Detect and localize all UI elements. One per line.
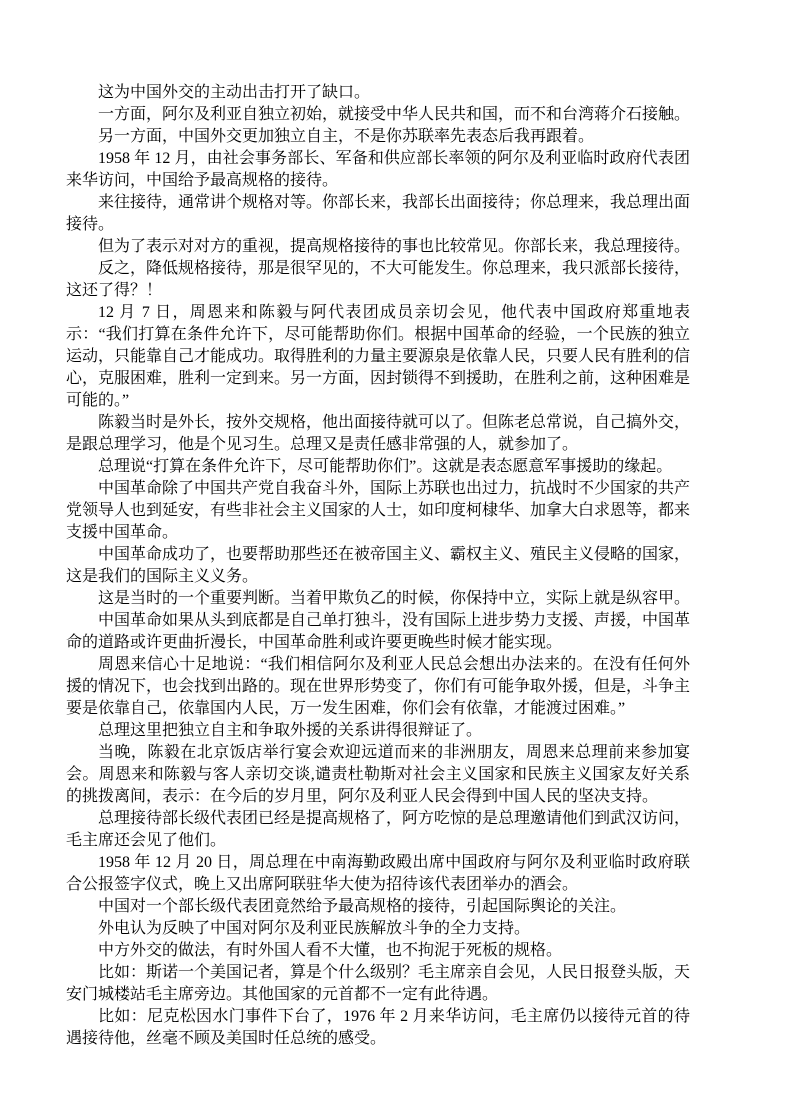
paragraph: 但为了表示对对方的重视，提高规格接待的事也比较常见。你部长来，我总理接待。 [66,236,690,258]
paragraph: 12 月 7 日，周恩来和陈毅与阿代表团成员亲切会见，他代表中国政府郑重地表示：… [66,302,690,412]
paragraph: 总理这里把独立自主和争取外援的关系讲得很辩证了。 [66,720,690,742]
paragraph: 1958 年 12 月，由社会事务部长、军备和供应部长率领的阿尔及利亚临时政府代… [66,148,690,192]
paragraph: 中国革命成功了，也要帮助那些还在被帝国主义、霸权主义、殖民主义侵略的国家，这是我… [66,544,690,588]
paragraph: 这为中国外交的主动出击打开了缺口。 [66,82,690,104]
paragraph: 当晚，陈毅在北京饭店举行宴会欢迎远道而来的非洲朋友，周恩来总理前来参加宴会。周恩… [66,742,690,808]
paragraph: 外电认为反映了中国对阿尔及利亚民族解放斗争的全力支持。 [66,918,690,940]
paragraph: 来往接待，通常讲个规格对等。你部长来，我部长出面接待；你总理来，我总理出面接待。 [66,192,690,236]
document-page: 这为中国外交的主动出击打开了缺口。一方面，阿尔及利亚自独立初始，就接受中华人民共… [0,0,800,1100]
paragraph: 中国对一个部长级代表团竟然给予最高规格的接待，引起国际舆论的关注。 [66,896,690,918]
paragraph: 总理接待部长级代表团已经是提高规格了，阿方吃惊的是总理邀请他们到武汉访问，毛主席… [66,808,690,852]
paragraph: 比如：斯诺一个美国记者，算是个什么级别？毛主席亲自会见，人民日报登头版，天安门城… [66,962,690,1006]
paragraph: 1958 年 12 月 20 日，周总理在中南海勤政殿出席中国政府与阿尔及利亚临… [66,852,690,896]
paragraph: 反之，降低规格接待，那是很罕见的，不大可能发生。你总理来，我只派部长接待，这还了… [66,258,690,302]
paragraph: 这是当时的一个重要判断。当着甲欺负乙的时候，你保持中立，实际上就是纵容甲。 [66,588,690,610]
paragraph: 陈毅当时是外长，按外交规格，他出面接待就可以了。但陈老总常说，自己搞外交，是跟总… [66,412,690,456]
document-body: 这为中国外交的主动出击打开了缺口。一方面，阿尔及利亚自独立初始，就接受中华人民共… [66,82,690,1050]
paragraph: 比如：尼克松因水门事件下台了，1976 年 2 月来华访问，毛主席仍以接待元首的… [66,1006,690,1050]
paragraph: 周恩来信心十足地说：“我们相信阿尔及利亚人民总会想出办法来的。在没有任何外援的情… [66,654,690,720]
paragraph: 一方面，阿尔及利亚自独立初始，就接受中华人民共和国，而不和台湾蒋介石接触。 [66,104,690,126]
paragraph: 中国革命如果从头到底都是自己单打独斗，没有国际上进步势力支援、声援，中国革命的道… [66,610,690,654]
paragraph: 中方外交的做法，有时外国人看不大懂，也不拘泥于死板的规格。 [66,940,690,962]
paragraph: 总理说“打算在条件允许下，尽可能帮助你们”。这就是表态愿意军事援助的缘起。 [66,456,690,478]
paragraph: 中国革命除了中国共产党自我奋斗外，国际上苏联也出过力，抗战时不少国家的共产党领导… [66,478,690,544]
paragraph: 另一方面，中国外交更加独立自主，不是你苏联率先表态后我再跟着。 [66,126,690,148]
